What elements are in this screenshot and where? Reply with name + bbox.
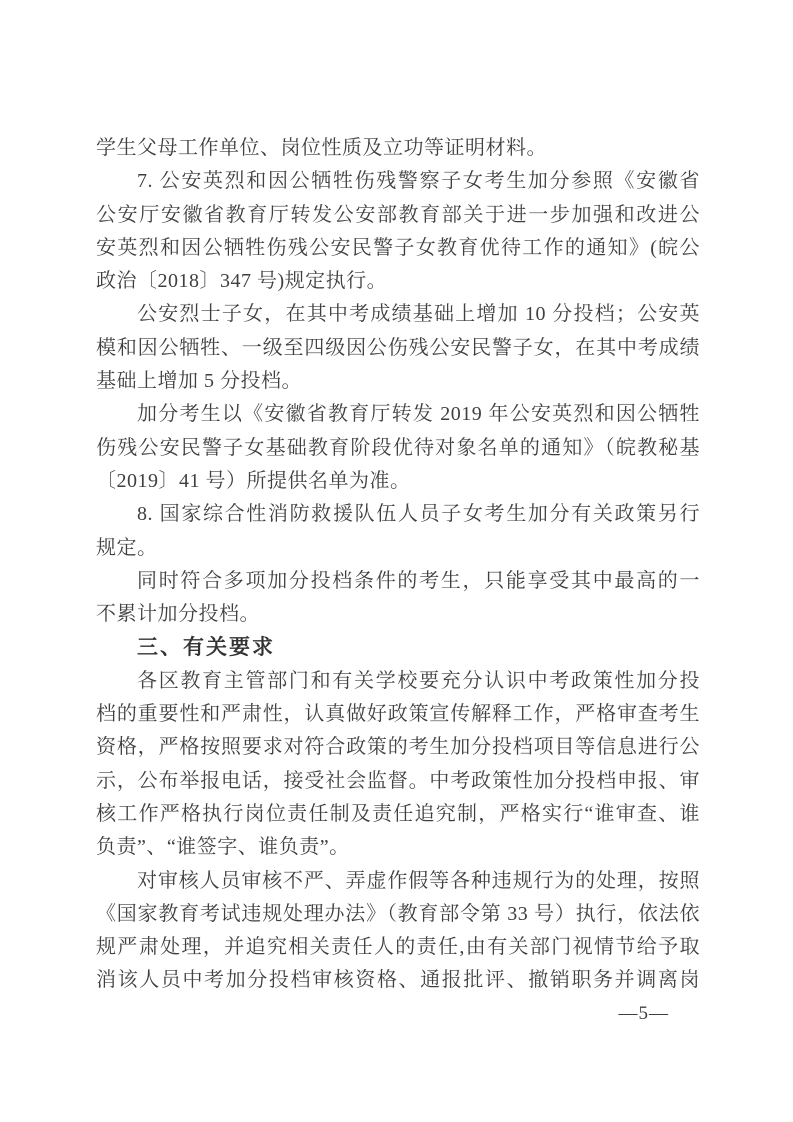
text-line: 伤残公安民警子女基础教育阶段优待对象名单的通知》（皖教秘基: [96, 432, 700, 465]
text-line: 学生父母工作单位、岗位性质及立功等证明材料。: [96, 132, 700, 165]
document-page: 学生父母工作单位、岗位性质及立功等证明材料。7. 公安英烈和因公牺牲伤残警察子女…: [0, 0, 793, 1122]
text-line: 对审核人员审核不严、弄虚作假等各种违规行为的处理，按照: [96, 865, 700, 898]
document-body: 学生父母工作单位、岗位性质及立功等证明材料。7. 公安英烈和因公牺牲伤残警察子女…: [96, 132, 700, 998]
text-line: 公安厅安徽省教育厅转发公安部教育部关于进一步加强和改进公: [96, 199, 700, 232]
text-line: 公安烈士子女，在其中考成绩基础上增加 10 分投档；公安英: [96, 298, 700, 331]
text-line: 8. 国家综合性消防救援队伍人员子女考生加分有关政策另行: [96, 498, 700, 531]
text-line: 不累计加分投档。: [96, 598, 700, 631]
text-line: 同时符合多项加分投档条件的考生，只能享受其中最高的一项，: [96, 565, 700, 598]
text-line: 各区教育主管部门和有关学校要充分认识中考政策性加分投: [96, 665, 700, 698]
text-line: 核工作严格执行岗位责任制及责任追究制，严格实行“谁审查、谁: [96, 798, 700, 831]
page-footer: —5—: [96, 1003, 700, 1025]
text-line: 消该人员中考加分投档审核资格、通报批评、撤销职务并调离岗位、: [96, 964, 700, 997]
page-number: —5—: [619, 1003, 670, 1024]
text-line: 示，公布举报电话，接受社会监督。中考政策性加分投档申报、审: [96, 765, 700, 798]
text-line: 加分考生以《安徽省教育厅转发 2019 年公安英烈和因公牺牲: [96, 398, 700, 431]
text-line: 7. 公安英烈和因公牺牲伤残警察子女考生加分参照《安徽省: [96, 165, 700, 198]
text-line: 《国家教育考试违规处理办法》（教育部令第 33 号）执行，依法依: [96, 898, 700, 931]
text-line: 规定。: [96, 532, 700, 565]
text-line: 资格，严格按照要求对符合政策的考生加分投档项目等信息进行公: [96, 731, 700, 764]
section-heading: 三、有关要求: [96, 631, 700, 664]
text-line: 档的重要性和严肃性，认真做好政策宣传解释工作，严格审查考生: [96, 698, 700, 731]
text-line: 模和因公牺牲、一级至四级因公伤残公安民警子女，在其中考成绩: [96, 332, 700, 365]
text-line: 基础上增加 5 分投档。: [96, 365, 700, 398]
text-line: 安英烈和因公牺牲伤残公安民警子女教育优待工作的通知》(皖公: [96, 232, 700, 265]
text-line: 规严肃处理，并追究相关责任人的责任,由有关部门视情节给予取: [96, 931, 700, 964]
text-line: 〔2019〕41 号）所提供名单为准。: [96, 465, 700, 498]
text-line: 负责”、“谁签字、谁负责”。: [96, 831, 700, 864]
text-line: 政治〔2018〕347 号)规定执行。: [96, 265, 700, 298]
